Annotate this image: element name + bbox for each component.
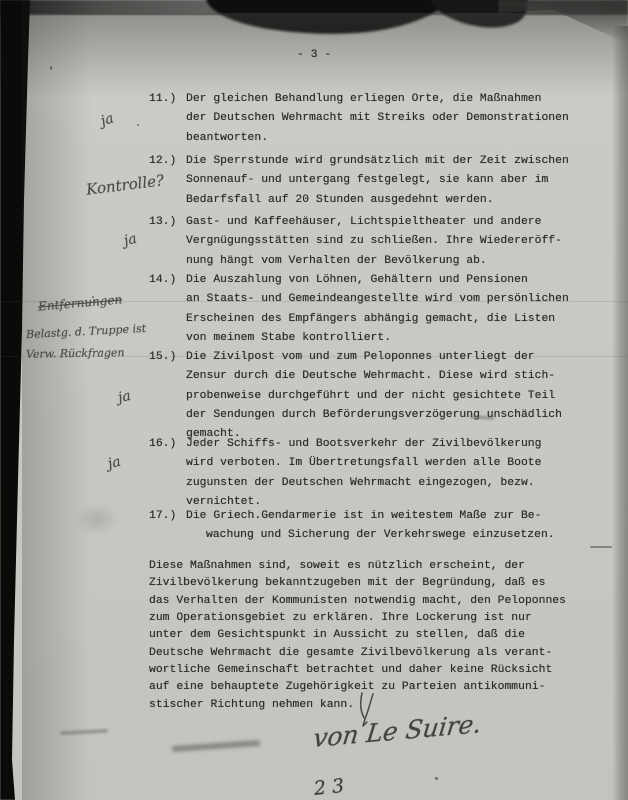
page-number: - 3 -: [297, 46, 331, 65]
item-text: Der gleichen Behandlung erliegen Orte, d…: [186, 90, 569, 148]
paper-speck: [435, 777, 438, 780]
handwritten-check-item16: ja: [106, 455, 122, 472]
item-text: Gast- und Kaffeehäuser, Lichtspieltheate…: [186, 213, 562, 271]
handwritten-check-item15: ja: [117, 389, 132, 405]
closing-paragraph: Diese Maßnahmen sind, soweit es nützlich…: [149, 558, 589, 714]
scan-left-black-edge: [0, 0, 34, 800]
handwritten-note-item14-line1: Entfernungen: [38, 293, 123, 312]
list-item-16: 16.) Jeder Schiffs- und Bootsverkehr der…: [149, 435, 541, 512]
list-item-17: 17.) Die Griech.Gendarmerie ist in weite…: [149, 507, 555, 546]
list-item-12: 12.) Die Sperrstunde wird grundsätzlich …: [149, 152, 569, 210]
paper-speck: [50, 66, 52, 70]
scan-right-page-edge: [612, 26, 628, 800]
item-text: Die Zivilpost vom und zum Peloponnes unt…: [186, 348, 562, 444]
pencil-dash-right-margin: [590, 546, 612, 548]
item-text: Die Griech.Gendarmerie ist in weitestem …: [186, 507, 555, 546]
handwritten-note-item14-line3: Verw. Rückfragen: [26, 347, 125, 360]
item-number: 17.): [149, 507, 186, 546]
list-item-14: 14.) Die Auszahlung von Löhnen, Gehälter…: [149, 271, 569, 348]
paper-speck: [137, 124, 139, 126]
signature: von Le Suire.: [312, 711, 483, 751]
item-text: Jeder Schiffs- und Bootsverkehr der Zivi…: [186, 435, 541, 512]
paper-smudge: [74, 502, 120, 536]
item-text: Die Sperrstunde wird grundsätzlich mit d…: [186, 152, 569, 210]
item-number: 15.): [149, 348, 186, 444]
list-item-15: 15.) Die Zivilpost vom und zum Peloponne…: [149, 348, 562, 444]
handwritten-note-item14-line2: Belastg. d. Truppe ist: [26, 323, 147, 340]
item-number: 16.): [149, 435, 186, 512]
item-text: Die Auszahlung von Löhnen, Gehältern und…: [186, 271, 569, 348]
item-number: 13.): [149, 213, 186, 271]
handwritten-check-item13: ja: [122, 232, 138, 249]
scan-left-shade: [22, 0, 92, 800]
list-item-13: 13.) Gast- und Kaffeehäuser, Lichtspielt…: [149, 213, 562, 271]
scanned-document-page: - 3 - 11.) Der gleichen Behandlung erlie…: [0, 0, 628, 800]
pencil-dash: [60, 729, 108, 736]
handwritten-check-item11: ja: [99, 111, 115, 128]
handwritten-page-mark: 23: [313, 776, 351, 799]
list-item-11: 11.) Der gleichen Behandlung erliegen Or…: [149, 90, 569, 148]
pencil-smudge-stroke: [172, 740, 260, 752]
item-number: 11.): [149, 90, 186, 148]
item-number: 14.): [149, 271, 186, 348]
binder-shadow-blob: [205, 0, 459, 38]
